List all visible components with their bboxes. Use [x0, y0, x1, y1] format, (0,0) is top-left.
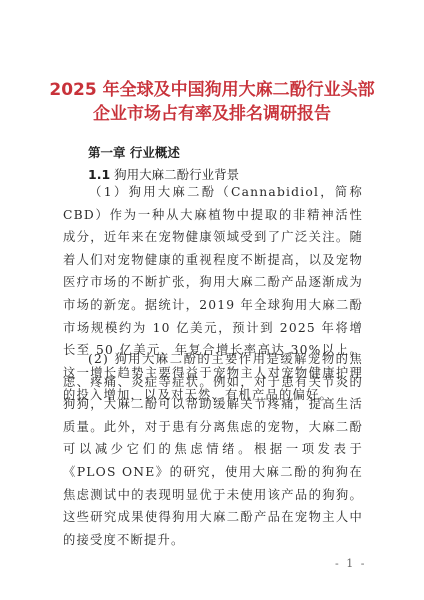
paragraph-2-text: (2) 狗用大麻二酚的主要作用是缓解宠物的焦虑、疼痛、炎症等症状。例如，对于患有… [63, 352, 363, 547]
page-number: - 1 - [335, 557, 366, 570]
section-title: 狗用大麻二酚行业背景 [114, 167, 239, 182]
section-number: 1.1 [88, 167, 110, 182]
report-title-line-2: 企业市场占有率及排名调研报告 [0, 102, 424, 126]
report-title-line-1: 2025 年全球及中国狗用大麻二酚行业头部 [0, 78, 424, 102]
chapter-heading: 第一章 行业概述 [88, 143, 180, 161]
paragraph-2: (2) 狗用大麻二酚的主要作用是缓解宠物的焦虑、疼痛、炎症等症状。例如，对于患有… [63, 348, 363, 551]
